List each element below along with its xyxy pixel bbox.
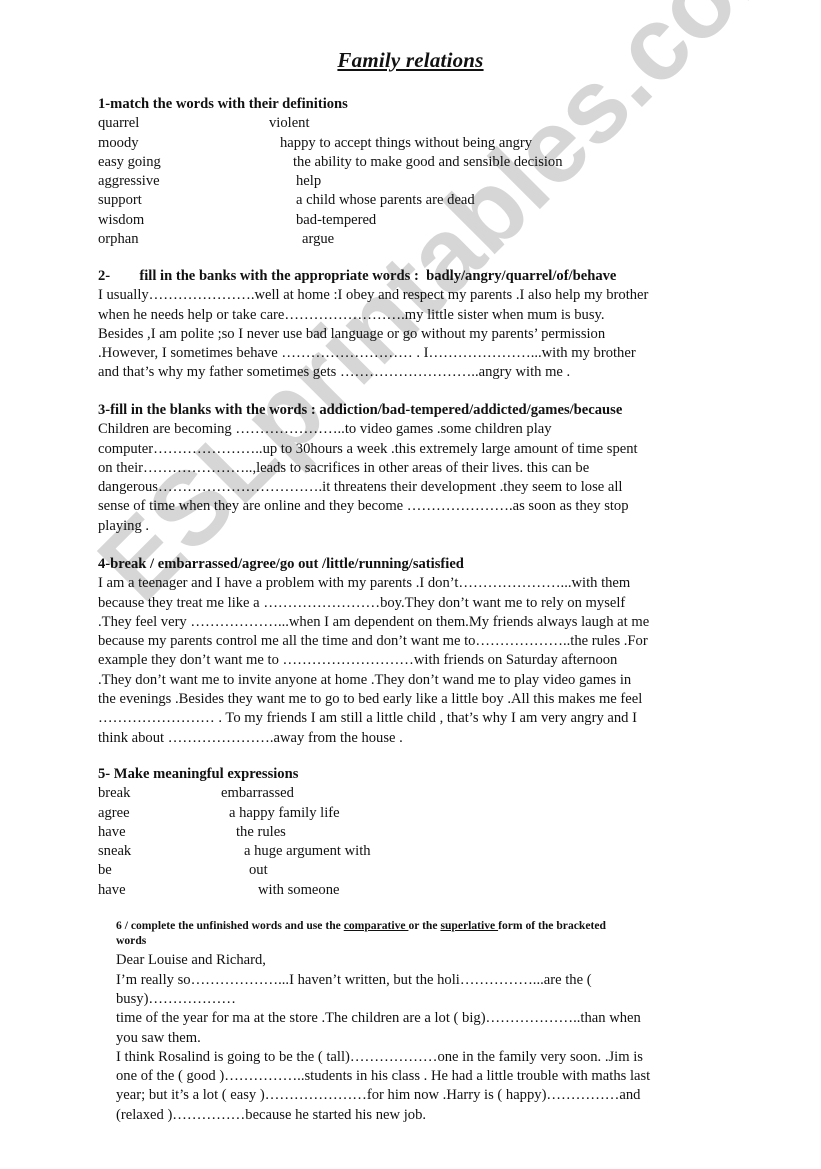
section-4: 4-break / embarrassed/agree/go out /litt… — [98, 555, 738, 748]
text-line: busy)……………… — [116, 990, 746, 1009]
match-row: breakembarrassed — [98, 784, 738, 803]
text-line: one of the ( good )……………..students in hi… — [116, 1067, 746, 1086]
section-2-text: I usually………………….well at home :I obey an… — [98, 286, 738, 382]
text-line: Dear Louise and Richard, — [116, 951, 746, 970]
section-2: 2- fill in the banks with the appropriat… — [98, 267, 738, 383]
match-row: agreea happy family life — [98, 804, 738, 823]
match-right: out — [249, 861, 268, 880]
heading-comparative: comparative — [344, 919, 409, 932]
text-line: …………………… . To my friends I am still a li… — [98, 709, 738, 728]
section-4-text: I am a teenager and I have a problem wit… — [98, 574, 738, 748]
heading-text: or the — [408, 919, 440, 932]
text-line: .However, I sometimes behave ……………………… .… — [98, 344, 738, 363]
section-3-text: Children are becoming …………………..to video … — [98, 420, 738, 536]
match-row: orphanargue — [98, 230, 738, 249]
match-right: argue — [302, 230, 334, 249]
text-line: .They feel very ………………...when I am depen… — [98, 613, 738, 632]
section-6-heading: 6 / complete the unfinished words and us… — [116, 918, 746, 948]
section-4-heading: 4-break / embarrassed/agree/go out /litt… — [98, 555, 738, 574]
match-right: help — [296, 172, 321, 191]
match-row: moodyhappy to accept things without bein… — [98, 134, 738, 153]
section-6: 6 / complete the unfinished words and us… — [116, 918, 746, 1125]
match-row: aggressivehelp — [98, 172, 738, 191]
text-line: .They don’t want me to invite anyone at … — [98, 671, 738, 690]
match-left: aggressive — [98, 172, 160, 191]
match-left: agree — [98, 804, 130, 823]
match-right: a child whose parents are dead — [296, 191, 475, 210]
match-row: sneaka huge argument with — [98, 842, 738, 861]
match-right: violent — [269, 114, 310, 133]
match-left: quarrel — [98, 114, 139, 133]
match-row: quarrelviolent — [98, 114, 738, 133]
section-1-heading: 1-match the words with their definitions — [98, 95, 738, 114]
text-line: because they treat me like a ……………………boy… — [98, 594, 738, 613]
text-line: dangerous…………………………….it threatens their … — [98, 478, 738, 497]
heading-superlative: superlative — [440, 919, 498, 932]
match-right: the ability to make good and sensible de… — [293, 153, 563, 172]
match-left: sneak — [98, 842, 131, 861]
match-right: with someone — [258, 881, 339, 900]
match-row: beout — [98, 861, 738, 880]
section-3: 3-fill in the blanks with the words : ad… — [98, 401, 738, 536]
match-row: havethe rules — [98, 823, 738, 842]
match-left: easy going — [98, 153, 161, 172]
section-2-heading: 2- fill in the banks with the appropriat… — [98, 267, 738, 286]
heading-text: form of the bracketed — [498, 919, 606, 932]
match-left: have — [98, 823, 126, 842]
section-3-heading: 3-fill in the blanks with the words : ad… — [98, 401, 738, 420]
match-right: bad-tempered — [296, 211, 376, 230]
match-row: supporta child whose parents are dead — [98, 191, 738, 210]
match-right: a huge argument with — [244, 842, 371, 861]
text-line: when he needs help or take care…………………….… — [98, 306, 738, 325]
match-left: wisdom — [98, 211, 144, 230]
match-left: moody — [98, 134, 139, 153]
section-1-pairs: quarrelviolentmoodyhappy to accept thing… — [98, 114, 738, 249]
match-row: wisdombad-tempered — [98, 211, 738, 230]
match-right: the rules — [236, 823, 286, 842]
text-line: you saw them. — [116, 1029, 746, 1048]
text-line: time of the year for ma at the store .Th… — [116, 1009, 746, 1028]
text-line: and that’s why my father sometimes gets … — [98, 363, 738, 382]
text-line: because my parents control me all the ti… — [98, 632, 738, 651]
worksheet-title: Family relations — [0, 48, 821, 73]
section-5-pairs: breakembarrassedagreea happy family life… — [98, 784, 738, 900]
section-1: 1-match the words with their definitions… — [98, 95, 738, 249]
match-row: easy goingthe ability to make good and s… — [98, 153, 738, 172]
match-left: be — [98, 861, 112, 880]
match-row: havewith someone — [98, 881, 738, 900]
match-right: happy to accept things without being ang… — [280, 134, 532, 153]
text-line: Children are becoming …………………..to video … — [98, 420, 738, 439]
text-line: playing . — [98, 517, 738, 536]
text-line: I think Rosalind is going to be the ( ta… — [116, 1048, 746, 1067]
text-line: the evenings .Besides they want me to go… — [98, 690, 738, 709]
section-5: 5- Make meaningful expressions breakemba… — [98, 765, 738, 900]
text-line: I usually………………….well at home :I obey an… — [98, 286, 738, 305]
match-left: orphan — [98, 230, 139, 249]
text-line: on their…………………..,leads to sacrifices in… — [98, 459, 738, 478]
text-line: (relaxed )……………because he started his ne… — [116, 1106, 746, 1125]
section-6-text: Dear Louise and Richard,I’m really so………… — [116, 951, 746, 1125]
match-right: embarrassed — [221, 784, 294, 803]
heading-text: 6 / complete the unfinished words and us… — [116, 919, 344, 932]
text-line: think about ………………….away from the house … — [98, 729, 738, 748]
worksheet-page: ESLprintables.com Family relations 1-mat… — [0, 0, 821, 1169]
match-left: have — [98, 881, 126, 900]
text-line: computer…………………..up to 30hours a week .t… — [98, 440, 738, 459]
text-line: example they don’t want me to ………………………w… — [98, 651, 738, 670]
heading-text: words — [116, 934, 146, 947]
text-line: sense of time when they are online and t… — [98, 497, 738, 516]
section-5-heading: 5- Make meaningful expressions — [98, 765, 738, 784]
text-line: year; but it’s a lot ( easy )…………………for … — [116, 1086, 746, 1105]
match-right: a happy family life — [229, 804, 340, 823]
match-left: support — [98, 191, 142, 210]
text-line: I am a teenager and I have a problem wit… — [98, 574, 738, 593]
match-left: break — [98, 784, 130, 803]
text-line: Besides ,I am polite ;so I never use bad… — [98, 325, 738, 344]
text-line: I’m really so………………...I haven’t written,… — [116, 971, 746, 990]
